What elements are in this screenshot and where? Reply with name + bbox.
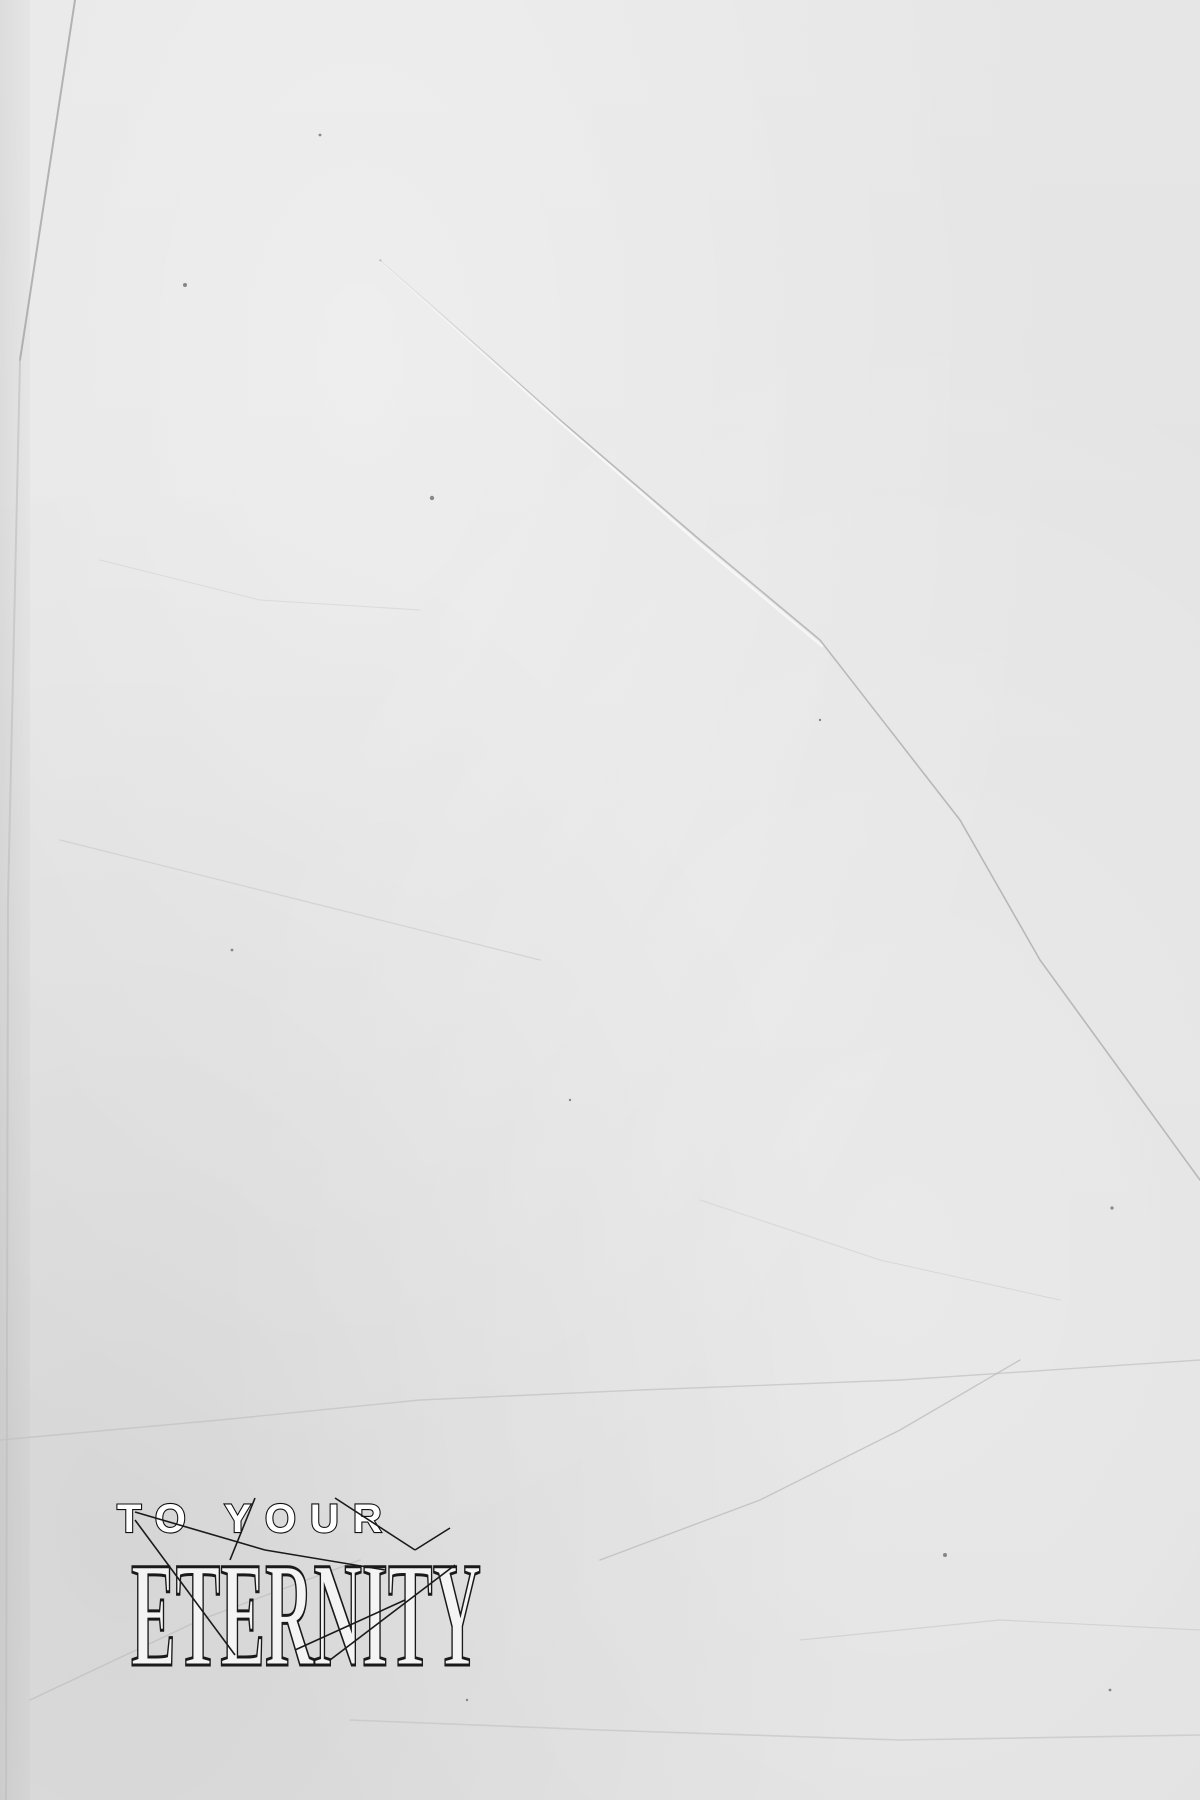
logo-title-main: ETERNITY	[131, 1532, 481, 1670]
logo-artwork: TO YOUR ETERNITY	[115, 1490, 495, 1670]
series-logo: TO YOUR ETERNITY	[115, 1490, 495, 1670]
